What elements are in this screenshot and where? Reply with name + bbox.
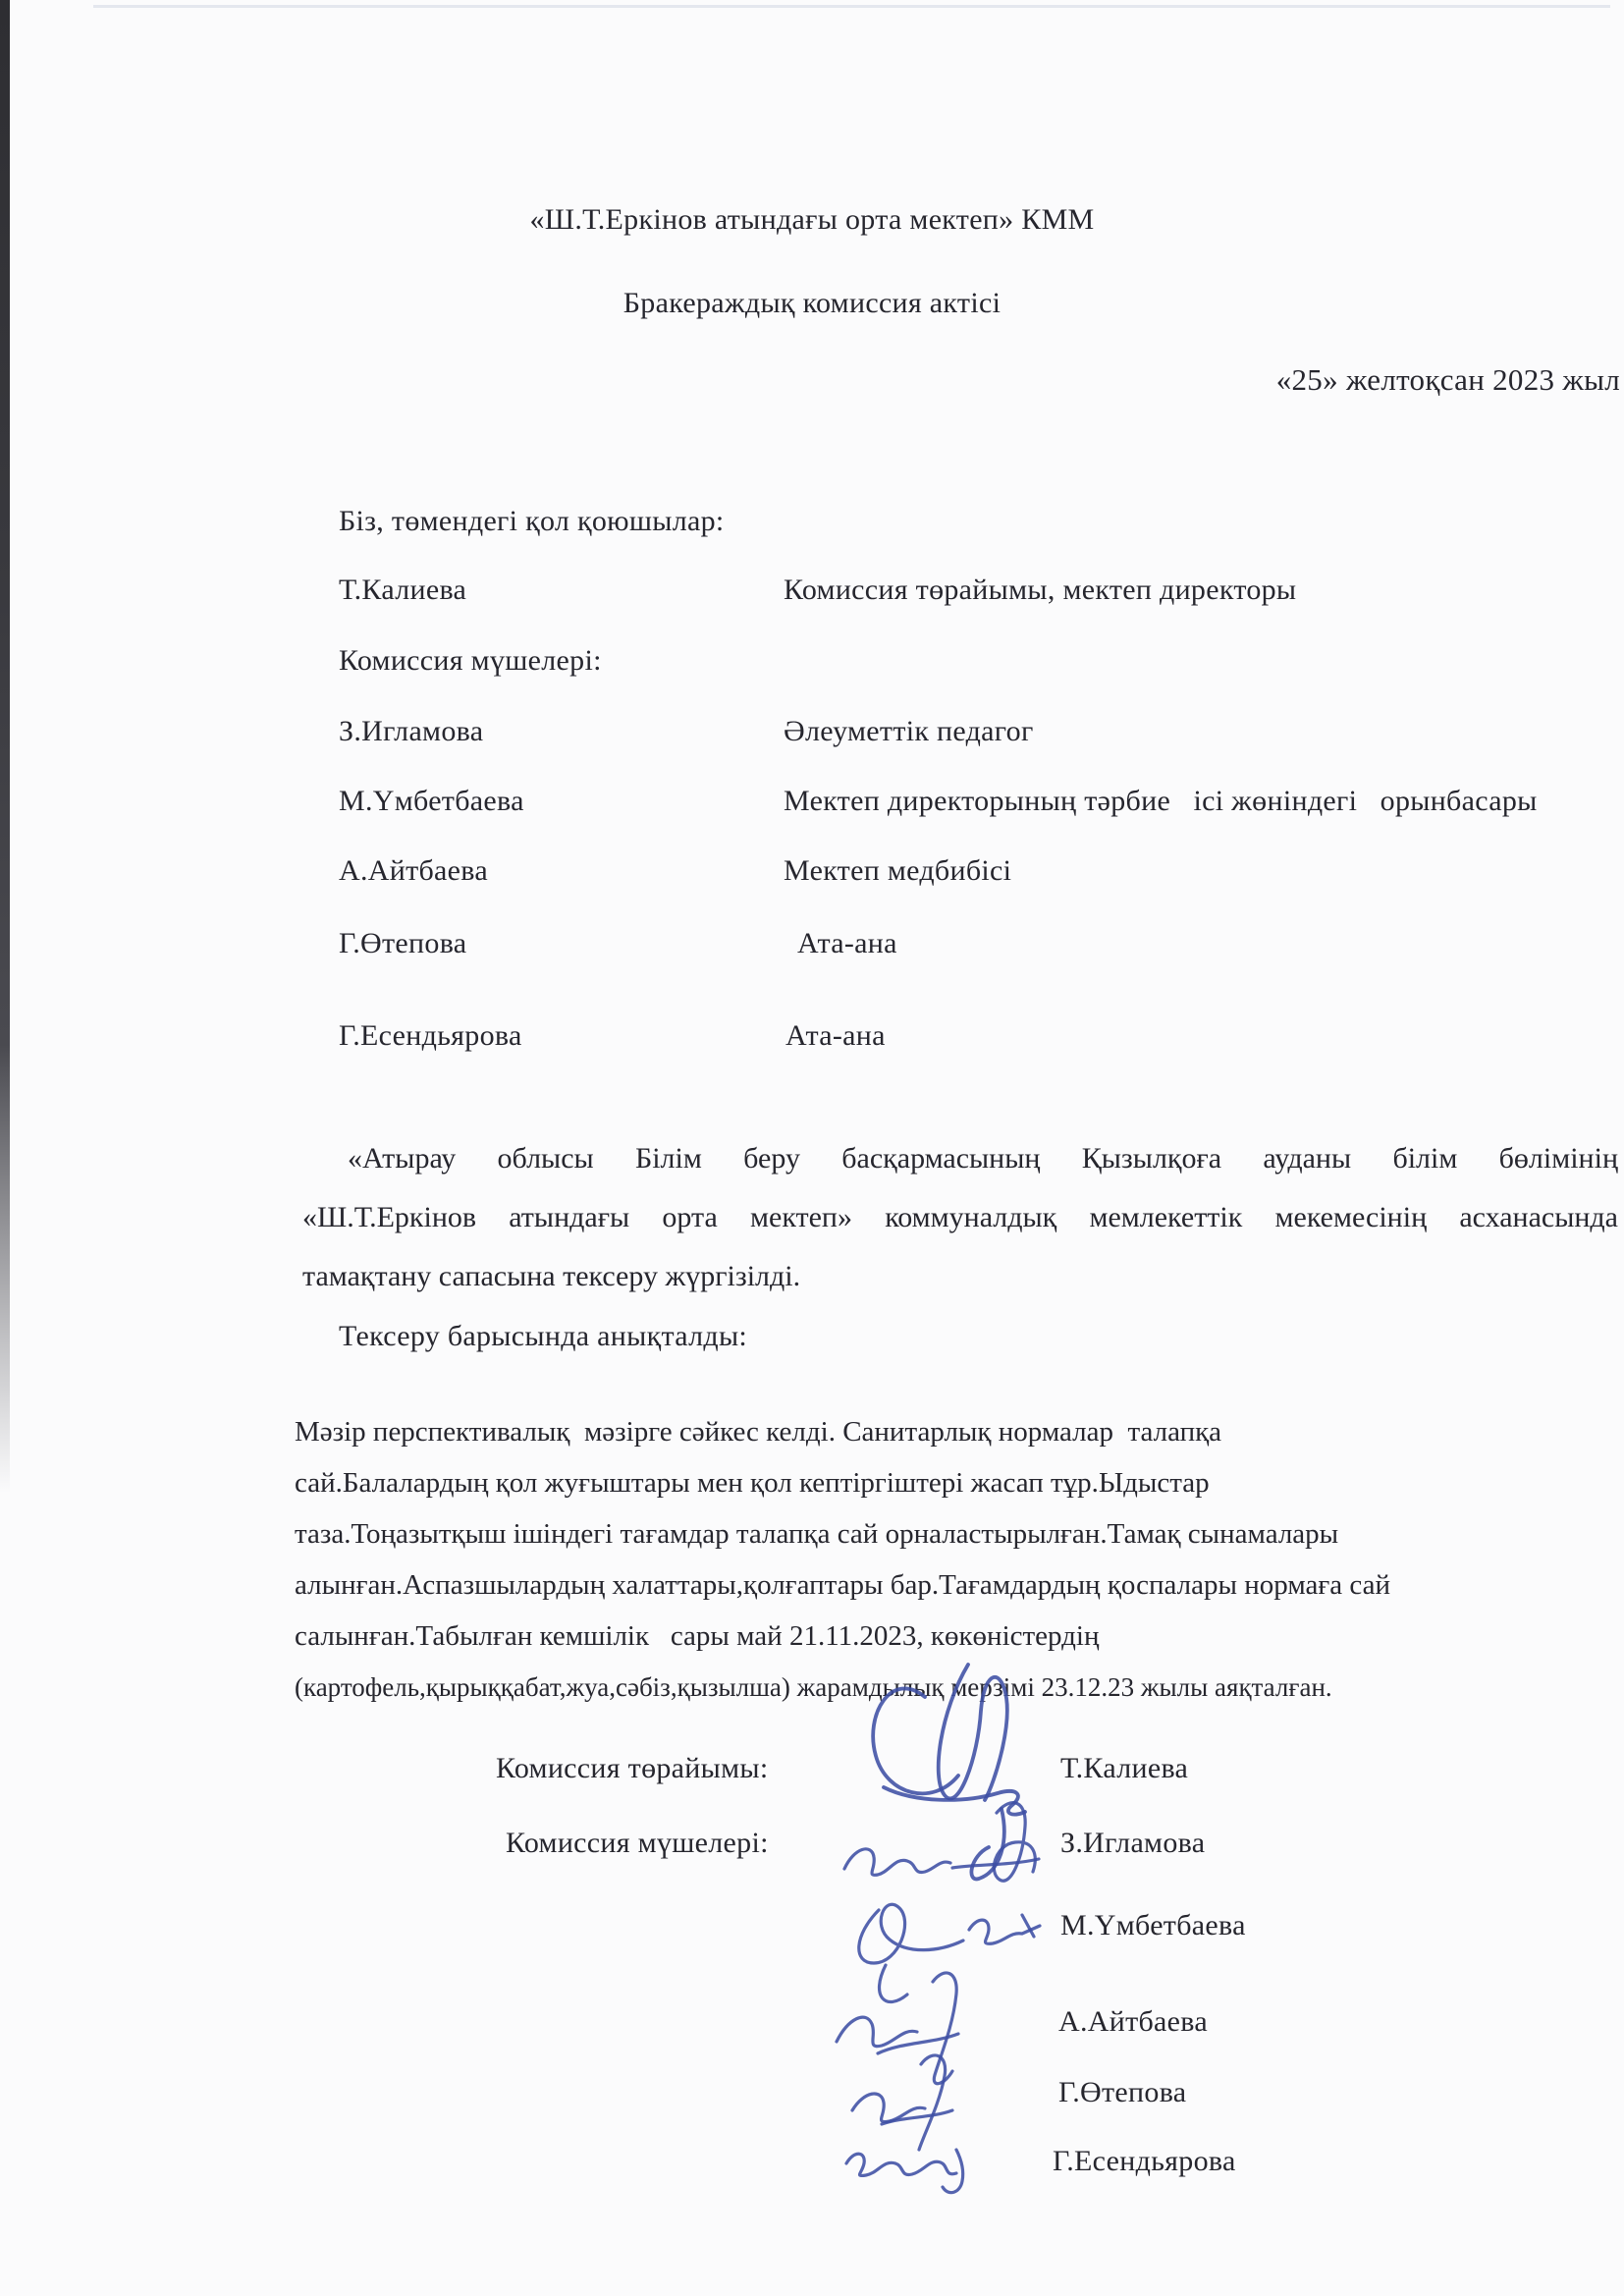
member-role: Мектеп директорының тәрбие ісі жөніндегі… <box>784 783 1538 820</box>
member-name: З.Игламова <box>339 713 483 750</box>
body-paragraph-line: тамақтану сапасына тексеру жүргізілді. <box>302 1247 1618 1306</box>
member-name: А.Айтбаева <box>339 852 488 890</box>
document-subtitle: Бракераждық комиссия актісі <box>0 285 1624 322</box>
scanned-document-page: «Ш.Т.Еркінов атындағы орта мектеп» КММ Б… <box>0 0 1624 2296</box>
signatures-overlay <box>776 1620 1110 2210</box>
member-name: М.Үмбетбаева <box>339 783 524 820</box>
intro-line: Біз, төмендегі қол қоюшылар: <box>339 503 725 540</box>
body-paragraph-line: «Ш.Т.Еркінов атындағы орта мектеп» комму… <box>302 1188 1618 1247</box>
signature-chair-label: Комиссия төрайымы: <box>496 1750 768 1787</box>
document-title: «Ш.Т.Еркінов атындағы орта мектеп» КММ <box>0 201 1624 239</box>
findings-line: Мәзір перспективалық мәзірге сәйкес келд… <box>295 1406 1622 1457</box>
chair-role: Комиссия төрайымы, мектеп директоры <box>784 572 1296 609</box>
body-paragraph-line: «Атырау облысы Білім беру басқармасының … <box>302 1129 1618 1188</box>
document-date: «25» желтоқсан 2023 жыл <box>1276 361 1620 400</box>
scan-fold-line-artifact <box>93 5 1610 8</box>
findings-line: сай.Балалардың қол жуғыштары мен қол кеп… <box>295 1457 1622 1508</box>
body-paragraph: «Атырау облысы Білім беру басқармасының … <box>302 1129 1618 1306</box>
signature-esendyarova <box>846 2150 963 2193</box>
chair-name: Т.Калиева <box>339 572 466 609</box>
member-role: Мектеп медбибісі <box>784 852 1011 890</box>
findings-line: таза.Тоңазытқыш ішіндегі тағамдар талапқ… <box>295 1508 1622 1559</box>
signature-aitbaeva <box>837 1973 958 2084</box>
member-role: Әлеуметтік педагог <box>784 713 1034 750</box>
member-name: Г.Есендьярова <box>339 1017 522 1055</box>
signature-umbetbaeva <box>859 1904 1040 2001</box>
findings-line: алынған.Аспазшылардың халаттары,қолғапта… <box>295 1559 1622 1611</box>
member-role: Ата-ана <box>797 925 897 962</box>
member-name: Г.Өтепова <box>339 925 466 962</box>
members-label: Комиссия мүшелері: <box>339 642 602 680</box>
member-role: Ата-ана <box>785 1017 886 1055</box>
signature-members-label: Комиссия мүшелері: <box>506 1825 769 1862</box>
findings-label: Тексеру барысында анықталды: <box>339 1318 747 1355</box>
